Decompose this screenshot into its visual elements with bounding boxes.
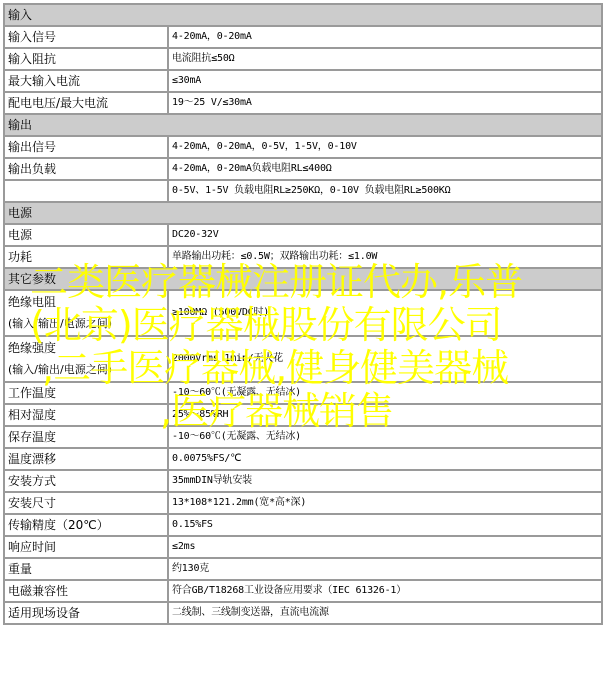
- section-title: 电源: [4, 202, 602, 224]
- table-row: 安装方式 35mmDIN导轨安装: [4, 470, 602, 492]
- table-row: 输出负载 4-20mA，0-20mA负载电阻RL≤400Ω: [4, 158, 602, 180]
- row-value: ≤30mA: [168, 70, 602, 92]
- table-row: 传输精度（20℃） 0.15%FS: [4, 514, 602, 536]
- row-label-line2: (输入/输出/电源之间): [8, 359, 164, 381]
- row-label: [4, 180, 168, 202]
- table-row: 输出信号 4-20mA，0-20mA，0-5V，1-5V，0-10V: [4, 136, 602, 158]
- row-value: DC20-32V: [168, 224, 602, 246]
- row-label: 重量: [4, 558, 168, 580]
- row-value: 0.0075%FS/℃: [168, 448, 602, 470]
- row-label: 输入阻抗: [4, 48, 168, 70]
- table-row: 输入信号 4-20mA，0-20mA: [4, 26, 602, 48]
- row-value: 25%～85%RH: [168, 404, 602, 426]
- table-row: 重量 约130克: [4, 558, 602, 580]
- table-row: 温度漂移 0.0075%FS/℃: [4, 448, 602, 470]
- table-row: 配电电压/最大电流 19～25 V/≤30mA: [4, 92, 602, 114]
- row-value: 0.15%FS: [168, 514, 602, 536]
- section-title: 输入: [4, 4, 602, 26]
- row-value: ≥100MΩ (500VDC时): [168, 290, 602, 336]
- row-label: 响应时间: [4, 536, 168, 558]
- row-label-line1: 绝缘电阻: [8, 295, 56, 309]
- section-header-other: 其它参数: [4, 268, 602, 290]
- section-title: 输出: [4, 114, 602, 136]
- row-value: ≤2ms: [168, 536, 602, 558]
- table-row: 适用现场设备 二线制、三线制变送器，直流电流源: [4, 602, 602, 624]
- row-label: 相对湿度: [4, 404, 168, 426]
- row-label: 绝缘电阻 (输入/输出/电源之间): [4, 290, 168, 336]
- row-label: 保存温度: [4, 426, 168, 448]
- row-label: 电磁兼容性: [4, 580, 168, 602]
- row-value: 13*108*121.2mm(宽*高*深): [168, 492, 602, 514]
- row-value: 0-5V、1-5V 负载电阻RL≥250KΩ，0-10V 负载电阻RL≥500K…: [168, 180, 602, 202]
- table-row: 绝缘强度 (输入/输出/电源之间) 2000Vrms 1min/无火花: [4, 336, 602, 382]
- row-value: 4-20mA，0-20mA，0-5V，1-5V，0-10V: [168, 136, 602, 158]
- row-label: 电源: [4, 224, 168, 246]
- section-title: 其它参数: [4, 268, 602, 290]
- row-label: 传输精度（20℃）: [4, 514, 168, 536]
- row-value: 4-20mA，0-20mA: [168, 26, 602, 48]
- row-label: 最大输入电流: [4, 70, 168, 92]
- row-label-line2: (输入/输出/电源之间): [8, 313, 164, 335]
- section-header-output: 输出: [4, 114, 602, 136]
- table-row: 电磁兼容性 符合GB/T18268工业设备应用要求（IEC 61326-1）: [4, 580, 602, 602]
- row-label-line1: 绝缘强度: [8, 341, 56, 355]
- spec-table: 输入 输入信号 4-20mA，0-20mA 输入阻抗 电流阻抗≤50Ω 最大输入…: [3, 3, 603, 625]
- table-row: 电源 DC20-32V: [4, 224, 602, 246]
- row-label: 适用现场设备: [4, 602, 168, 624]
- row-value: 2000Vrms 1min/无火花: [168, 336, 602, 382]
- row-label: 温度漂移: [4, 448, 168, 470]
- row-label: 工作温度: [4, 382, 168, 404]
- row-value: 二线制、三线制变送器，直流电流源: [168, 602, 602, 624]
- table-row: 功耗 单路输出功耗：≤0.5W；双路输出功耗：≤1.0W: [4, 246, 602, 268]
- row-label: 输出负载: [4, 158, 168, 180]
- row-label: 输入信号: [4, 26, 168, 48]
- table-row: 响应时间 ≤2ms: [4, 536, 602, 558]
- section-header-input: 输入: [4, 4, 602, 26]
- row-value: 19～25 V/≤30mA: [168, 92, 602, 114]
- row-value: -10～60℃(无凝露、无结冰): [168, 426, 602, 448]
- row-label: 安装方式: [4, 470, 168, 492]
- row-value: 4-20mA，0-20mA负载电阻RL≤400Ω: [168, 158, 602, 180]
- table-row: 工作温度 -10～60℃(无凝露、无结冰): [4, 382, 602, 404]
- row-label: 配电电压/最大电流: [4, 92, 168, 114]
- row-value: 符合GB/T18268工业设备应用要求（IEC 61326-1）: [168, 580, 602, 602]
- row-value: 单路输出功耗：≤0.5W；双路输出功耗：≤1.0W: [168, 246, 602, 268]
- table-row: 绝缘电阻 (输入/输出/电源之间) ≥100MΩ (500VDC时): [4, 290, 602, 336]
- row-label: 安装尺寸: [4, 492, 168, 514]
- row-value: 约130克: [168, 558, 602, 580]
- table-row: 最大输入电流 ≤30mA: [4, 70, 602, 92]
- table-row: 相对湿度 25%～85%RH: [4, 404, 602, 426]
- table-row: 安装尺寸 13*108*121.2mm(宽*高*深): [4, 492, 602, 514]
- section-header-power: 电源: [4, 202, 602, 224]
- table-row: 0-5V、1-5V 负载电阻RL≥250KΩ，0-10V 负载电阻RL≥500K…: [4, 180, 602, 202]
- row-label: 输出信号: [4, 136, 168, 158]
- table-row: 保存温度 -10～60℃(无凝露、无结冰): [4, 426, 602, 448]
- row-value: 电流阻抗≤50Ω: [168, 48, 602, 70]
- row-label: 绝缘强度 (输入/输出/电源之间): [4, 336, 168, 382]
- row-value: -10～60℃(无凝露、无结冰): [168, 382, 602, 404]
- row-label: 功耗: [4, 246, 168, 268]
- table-row: 输入阻抗 电流阻抗≤50Ω: [4, 48, 602, 70]
- row-value: 35mmDIN导轨安装: [168, 470, 602, 492]
